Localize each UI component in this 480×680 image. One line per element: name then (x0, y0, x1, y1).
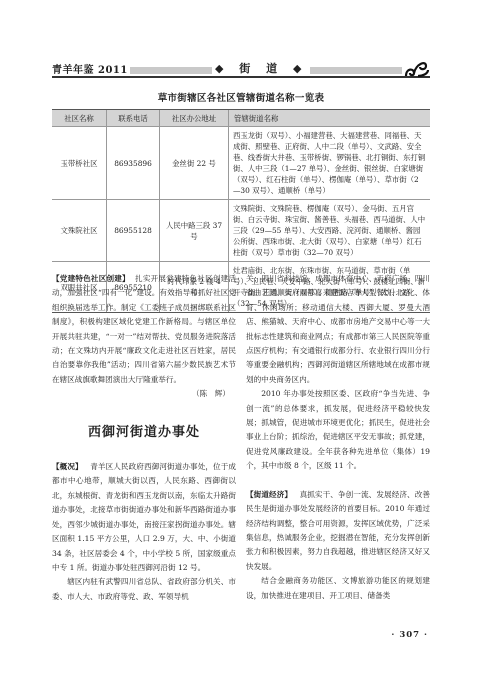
section-title: 西御河街道办事处 (52, 426, 236, 440)
cell-phone: 86955128 (107, 200, 160, 262)
table-header-row: 社区名称 联系电话 社区办公地址 管辖街道名称 (52, 110, 430, 127)
institutions-paragraph-cont: 关；四川省科技馆、成都市体育中心、天府广场、四川省曲艺团、天府丽都喜来登饭店等大… (246, 272, 430, 387)
left-column: 【党建特色社区创建】 扎实开展党建特色社区创建活动，加强社区“四有一化”建设。有… (52, 272, 236, 604)
head-rule (52, 76, 430, 78)
table-row: 文殊院社区 86955128 人民中路三段 37 号 文殊院街、文殊院巷、楞伽庵… (52, 200, 430, 262)
party-building-label: 【党建特色社区创建】 (52, 274, 130, 283)
yearbook-title: 青羊年鉴 2011 (52, 61, 130, 76)
cell-streets: 西玉龙街（双号）、小福建营巷、大福建营巷、同福巷、天成街、照壁巷、正府街、人中二… (229, 127, 431, 200)
table-title: 草市街辖区各社区管辖街道名称一览表 (52, 90, 430, 104)
cell-phone: 86935896 (107, 127, 160, 200)
economy-paragraph: 【街道经济】 真抓实干、争创一流、发展经济、改善民生是街道办事处发展经济的首要目… (246, 488, 430, 574)
col-header-streets: 管辖街道名称 (229, 110, 431, 127)
institutions-paragraph-start: 辖区内驻有武警四川省总队、省政府部分机关、市委、市人大、市政府等党、政、军领导机 (52, 575, 236, 604)
cell-address: 金丝街 22 号 (160, 127, 229, 200)
economy-label: 【街道经济】 (246, 490, 292, 499)
right-column: 关；四川省科技馆、成都市体育中心、天府广场、四川省曲艺团、天府丽都喜来登饭店等大… (246, 272, 430, 604)
overview-label: 【概况】 (52, 462, 83, 471)
running-head: 青羊年鉴 2011 ◆ 街 道 ◆ (52, 56, 430, 76)
cell-streets: 文殊院街、文殊院巷、楞伽庵（双号）、金马街、五月宫街、白云寺街、珠宝街、酱善巷、… (229, 200, 431, 262)
body-columns: 【党建特色社区创建】 扎实开展党建特色社区创建活动，加强社区“四有一化”建设。有… (52, 272, 430, 604)
cell-address: 人民中路三段 37 号 (160, 200, 229, 262)
economy-text: 真抓实干、争创一流、发展经济、改善民生是街道办事处发展经济的首要目标。2010 … (246, 490, 430, 571)
col-header-phone: 联系电话 (107, 110, 160, 127)
swirl-ornament-icon (404, 56, 430, 78)
table-row: 玉带桥社区 86935896 金丝街 22 号 西玉龙街（双号）、小福建营巷、大… (52, 127, 430, 200)
party-building-text: 扎实开展党建特色社区创建活动，加强社区“四有一化”建设。有效指导和抓好社区党组织… (52, 274, 236, 384)
cell-name: 玉带桥社区 (52, 127, 107, 200)
work-summary-paragraph: 2010 年办事处按照区委、区政府“争当先进、争创一流”的总体要求，抓发展，促进… (246, 387, 430, 473)
col-header-address: 社区办公地址 (160, 110, 229, 127)
page-number: · 307 · (391, 630, 428, 640)
section-header: ◆ 街 道 ◆ (212, 60, 310, 76)
byline: （陈 辉） (52, 387, 236, 401)
party-building-paragraph: 【党建特色社区创建】 扎实开展党建特色社区创建活动，加强社区“四有一化”建设。有… (52, 272, 236, 387)
overview-paragraph: 【概况】 青羊区人民政府西御河街道办事处，位于成都市中心地带，顺城大街以西，人民… (52, 460, 236, 575)
planning-paragraph: 结合金融商务功能区、文博旅游功能区的规划建设，加快推进在建项目、开工项目、储备类 (246, 574, 430, 603)
cell-name: 文殊院社区 (52, 200, 107, 262)
overview-text: 青羊区人民政府西御河街道办事处，位于成都市中心地带，顺城大街以西，人民东路、西御… (52, 462, 236, 572)
col-header-name: 社区名称 (52, 110, 107, 127)
